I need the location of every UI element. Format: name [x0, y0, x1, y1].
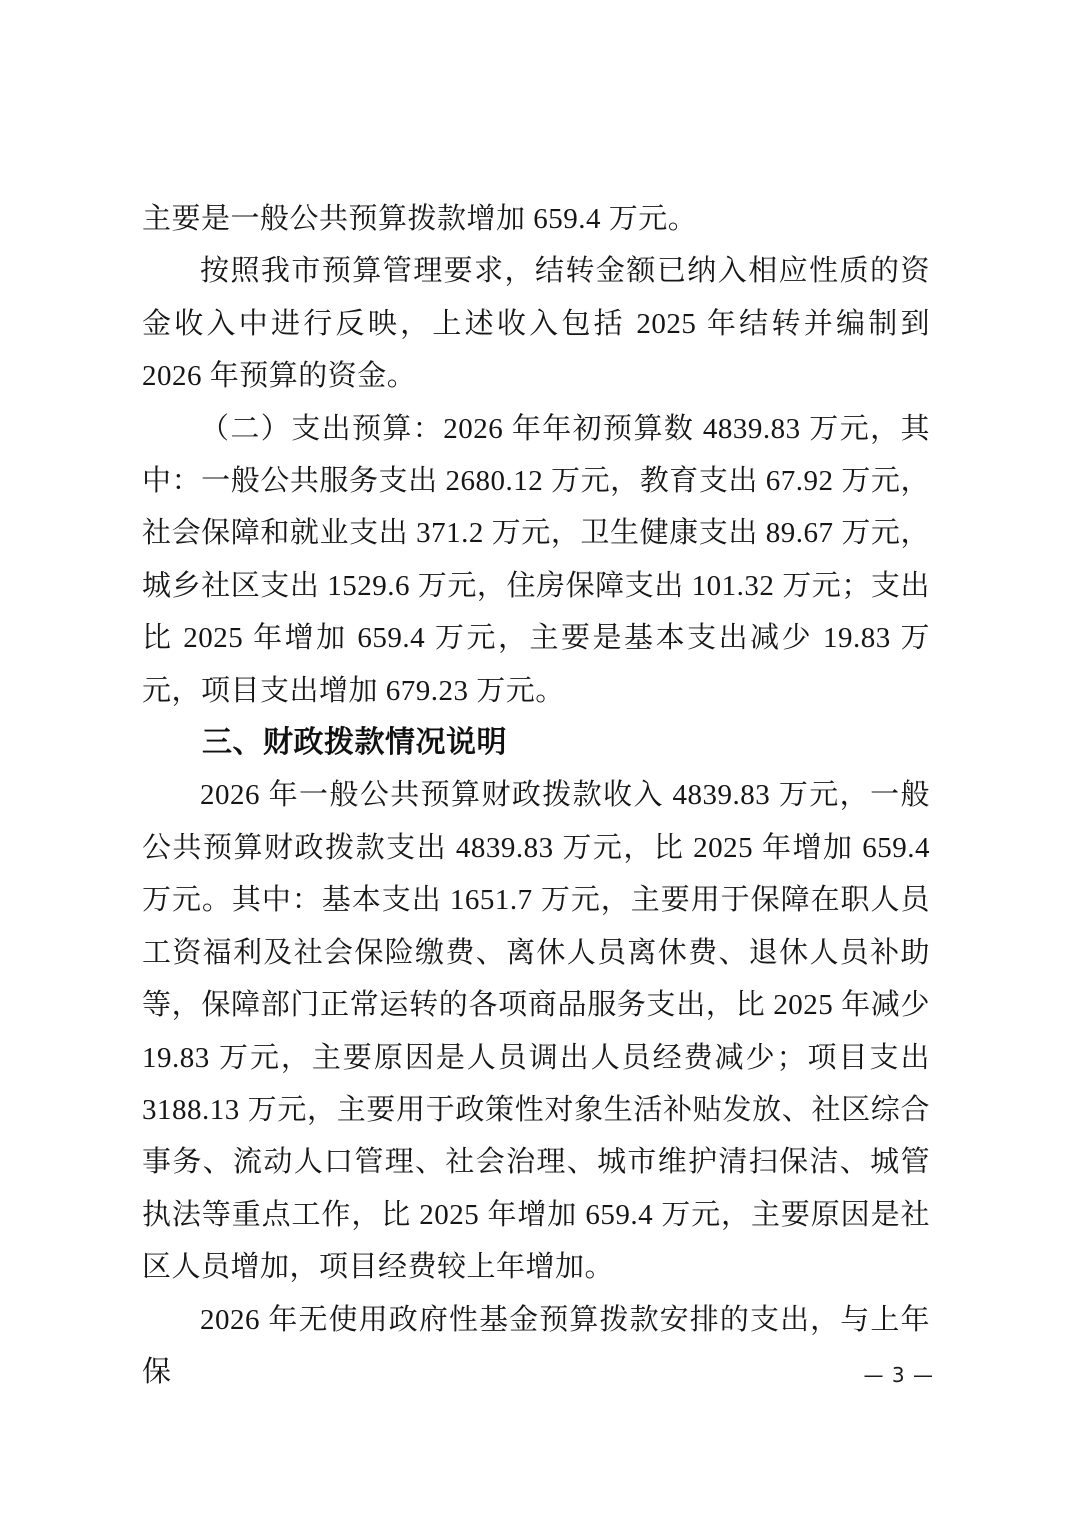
section-heading-fiscal-appropriation: 三、财政拨款情况说明: [142, 717, 930, 769]
paragraph-income-increase: 主要是一般公共预算拨款增加 659.4 万元。: [142, 193, 930, 245]
document-body: 主要是一般公共预算拨款增加 659.4 万元。 按照我市预算管理要求，结转金额已…: [142, 193, 930, 1398]
page-number: — 3 —: [864, 1363, 934, 1387]
paragraph-lead-label: （二）支出预算：: [200, 413, 443, 445]
paragraph-fiscal-appropriation-detail: 2026 年一般公共预算财政拨款收入 4839.83 万元，一般公共预算财政拨款…: [142, 769, 930, 1293]
paragraph-government-fund-note: 2026 年无使用政府性基金预算拨款安排的支出，与上年保: [142, 1294, 930, 1399]
paragraph-carryover-note: 按照我市预算管理要求，结转金额已纳入相应性质的资金收入中进行反映，上述收入包括 …: [142, 245, 930, 402]
paragraph-expenditure-text: 2026 年年初预算数 4839.83 万元，其中：一般公共服务支出 2680.…: [142, 413, 930, 707]
paragraph-expenditure-budget: （二）支出预算：2026 年年初预算数 4839.83 万元，其中：一般公共服务…: [142, 403, 930, 717]
document-page: 主要是一般公共预算拨款增加 659.4 万元。 按照我市预算管理要求，结转金额已…: [0, 0, 1074, 1520]
